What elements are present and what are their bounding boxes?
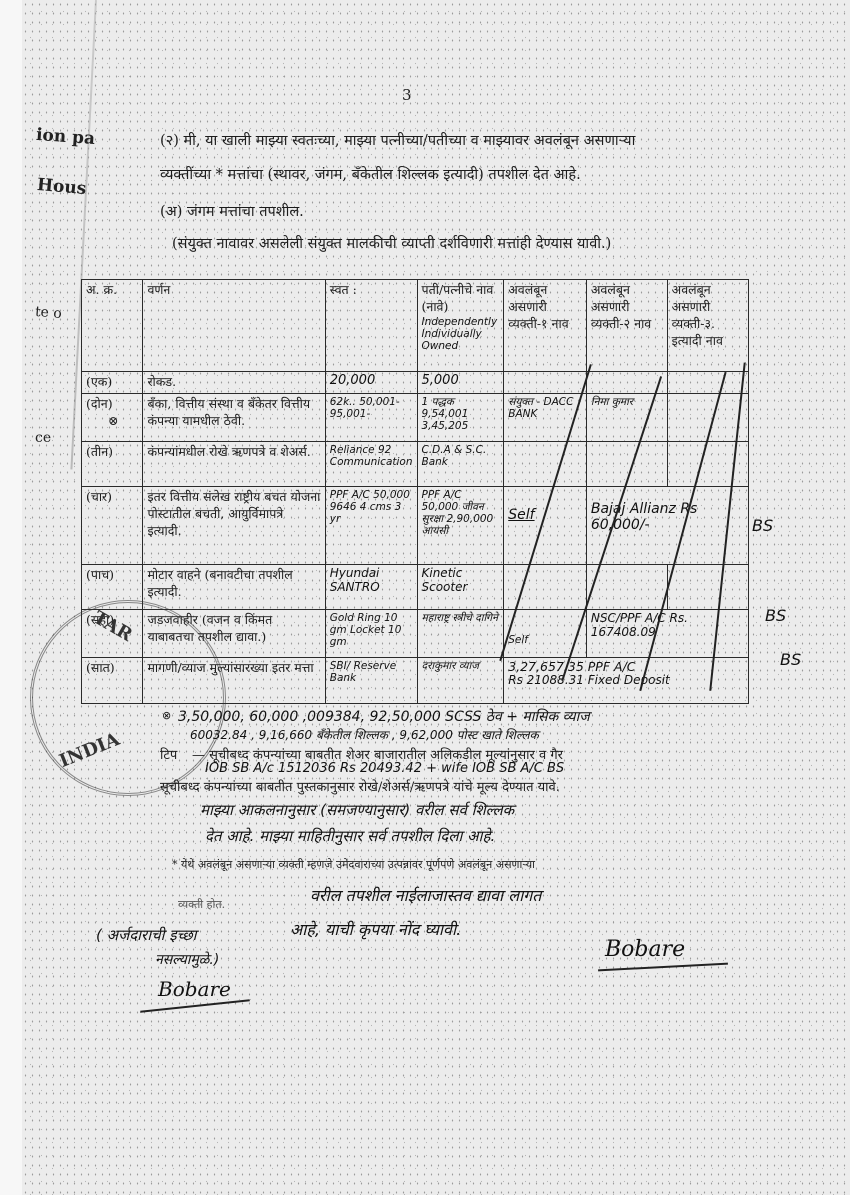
header-serial: अ. क्र. <box>82 280 143 372</box>
row-spouse: PPF A/C 50,000 जीवन सुरक्षा 2,90,000 आयस… <box>417 486 504 564</box>
handwritten-note: वरील तपशील नाईलाजास्तव द्यावा लागत <box>310 884 541 906</box>
row-description: इतर वित्तीय संलेख राष्ट्रीय बचत योजना पो… <box>143 486 325 564</box>
edge-fragment: ion pa <box>35 125 95 149</box>
header-spouse-note: Independently Individually Owned <box>422 316 500 352</box>
row-self: Gold Ring 10 gm Locket 10 gm <box>325 609 417 657</box>
handwritten-note: माझ्या आकलनानुसार (समजण्यानुसार) वरील सर… <box>200 800 514 820</box>
row-description: बँका, वित्तीय संस्था व बँकेतर वित्तीय कं… <box>143 393 325 441</box>
footnote: व्यक्ती होत. <box>178 897 225 912</box>
row-self: Hyundai SANTRO <box>325 564 417 609</box>
row-spouse: C.D.A & S.C. Bank <box>417 441 504 486</box>
row-self: SBI/ Reserve Bank <box>325 657 417 703</box>
signature: Bobare <box>158 977 231 1001</box>
scan-margin <box>0 0 22 1195</box>
row-spouse: Kinetic Scooter <box>417 564 504 609</box>
table-row: (एक) रोकड. 20,000 5,000 <box>82 372 749 394</box>
row-dep1 <box>504 372 587 394</box>
row-description: मोटार वाहने (बनावटीचा तपशील इत्यादी. <box>143 564 325 609</box>
handwritten-note: 60032.84 , 9,16,660 बँकेतील शिल्लक , 9,6… <box>190 726 539 743</box>
header-description: वर्णन <box>143 280 325 372</box>
table-row: (पाच) मोटार वाहने (बनावटीचा तपशील इत्याद… <box>82 564 749 609</box>
row-spouse: महाराष्ट्र स्त्रीचे दागिने <box>417 609 504 657</box>
table-row: (तीन) कंपन्यांमधील रोखे ऋणपत्रे व शेअर्स… <box>82 441 749 486</box>
row-self: 20,000 <box>325 372 417 394</box>
handwritten-note: 3,50,000, 60,000 ,009384, 92,50,000 SCSS… <box>178 707 590 726</box>
row-dep1: Self <box>504 609 587 657</box>
initials: BS <box>752 516 773 535</box>
row-dep2 <box>586 564 667 609</box>
row-dep2: NSC/PPF A/C Rs. 167408.09 <box>586 609 748 657</box>
row-dep3 <box>667 372 748 394</box>
row-dep1 <box>504 441 587 486</box>
header-dependent-2: अवलंबून असणारी व्यक्ती-२ नाव <box>586 280 667 372</box>
row-self: PPF A/C 50,000 9646 4 cms 3 yr <box>325 486 417 564</box>
edge-fragment: Hous <box>36 175 87 199</box>
initials: BS <box>765 606 786 625</box>
edge-fragment: te o <box>34 304 62 322</box>
row-serial: (तीन) <box>82 441 143 486</box>
row-spouse: 5,000 <box>417 372 504 394</box>
page-number: 3 <box>402 86 412 104</box>
row-dep1: Self <box>504 486 587 564</box>
signature: Bobare <box>605 937 685 962</box>
header-self: स्वत : <box>325 280 417 372</box>
handwritten-note: देत आहे. माझ्या माहितीनुसार सर्व तपशील द… <box>205 826 495 846</box>
handwritten-note: IOB SB A/c 1512036 Rs 20493.42 + wife IO… <box>205 761 564 776</box>
row-description: रोकड. <box>143 372 325 394</box>
footnote: * येथे अवलंबून असणाऱ्या व्यक्ती म्हणजे उ… <box>172 857 535 872</box>
header-spouse-label: पती/पत्नीचे नाव (नावे) <box>422 282 494 314</box>
initials: BS <box>780 650 801 669</box>
edge-fragment: ce <box>35 430 51 446</box>
row-serial: (एक) <box>82 372 143 394</box>
row-self: 62k.. 50,001- 95,001- <box>325 393 417 441</box>
tip-text: सूचीबध्द कंपन्यांच्या बाबतीत पुस्तकानुसा… <box>160 777 560 795</box>
header-spouse: पती/पत्नीचे नाव (नावे) Independently Ind… <box>417 280 504 372</box>
table-header-row: अ. क्र. वर्णन स्वत : पती/पत्नीचे नाव (ना… <box>82 280 749 372</box>
table-row: (चार) इतर वित्तीय संलेख राष्ट्रीय बचत यो… <box>82 486 749 564</box>
row-serial: (दोन)⊗ <box>82 393 143 441</box>
handwritten-note: आहे, याची कृपया नोंद घ्यावी. <box>290 918 461 940</box>
asterisk-marker-icon: ⊗ <box>108 413 118 428</box>
intro-note: (संयुक्त नावावर असलेली संयुक्त मालकीची व… <box>172 233 611 253</box>
row-description: कंपन्यांमधील रोखे ऋणपत्रे व शेअर्स. <box>143 441 325 486</box>
header-dependent-1: अवलंबून असणारी व्यक्ती-१ नाव <box>504 280 587 372</box>
handwritten-note: नसल्यामुळे.) <box>155 950 219 969</box>
handwritten-note: ( अर्जदाराची इच्छा <box>96 925 197 945</box>
header-dependent-3: अवलंबून असणारी व्यक्ती-३. इत्यादी नाव <box>667 280 748 372</box>
intro-line: व्यक्तींच्या * मत्तांचा (स्थावर, जंगम, ब… <box>160 164 581 184</box>
row-serial: (चार) <box>82 486 143 564</box>
row-dep2: निमा कुमार <box>586 393 667 441</box>
section-heading: (अ) जंगम मत्तांचा तपशील. <box>160 201 304 221</box>
table-row: (दोन)⊗ बँका, वित्तीय संस्था व बँकेतर वित… <box>82 393 749 441</box>
row-spouse: दराकुमार व्याज <box>417 657 504 703</box>
row-dep3 <box>667 441 748 486</box>
intro-line: (२) मी, या खाली माझ्या स्वतःच्या, माझ्या… <box>160 130 635 150</box>
tip-label: टिप <box>160 745 177 763</box>
note-marker-icon: ⊗ <box>162 709 171 722</box>
row-spouse: 1 पद्धक 9,54,001 3,45,205 <box>417 393 504 441</box>
row-dep3 <box>667 564 748 609</box>
row-self: Reliance 92 Communication <box>325 441 417 486</box>
